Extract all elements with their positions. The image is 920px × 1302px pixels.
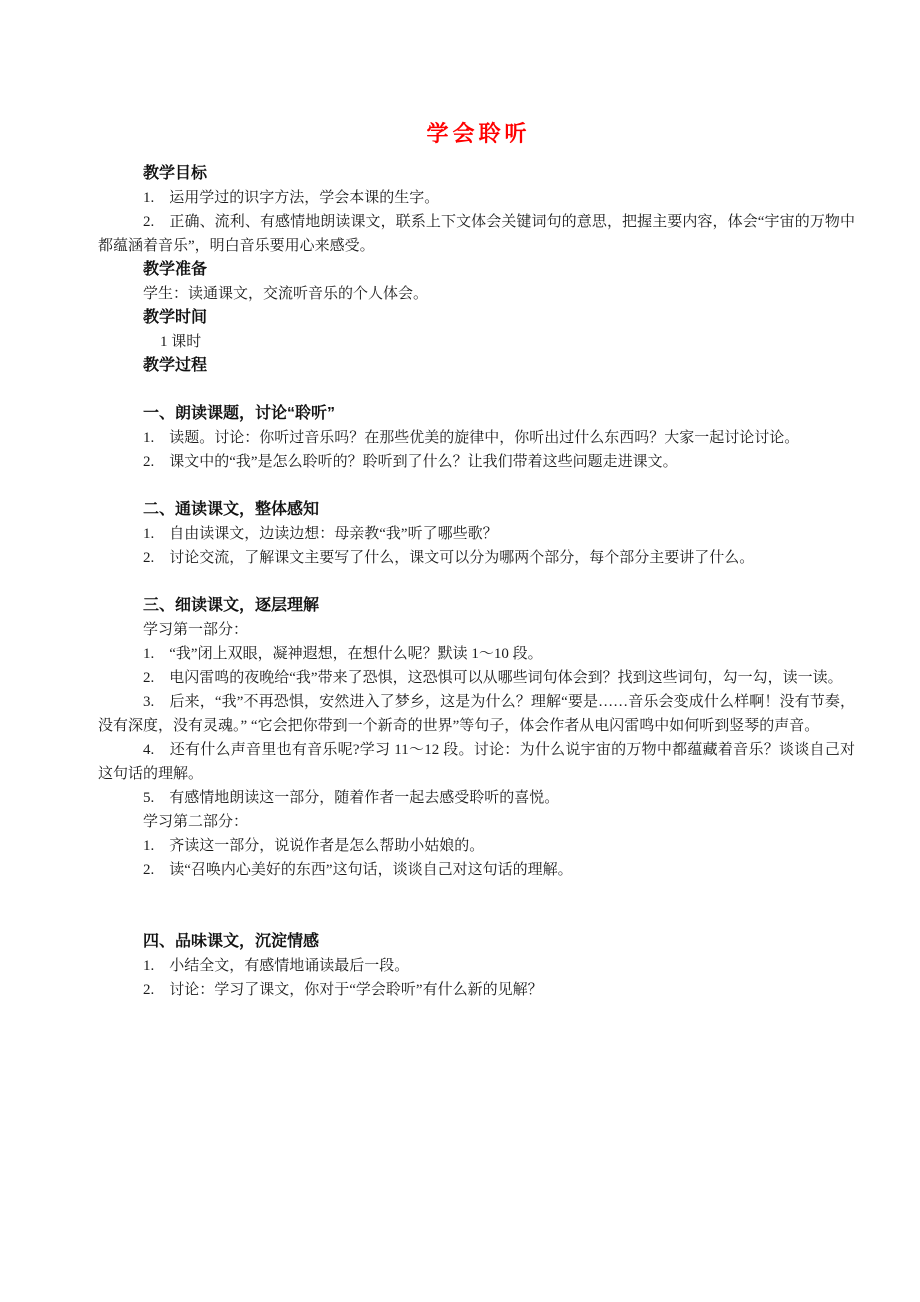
section-heading: 二、通读课文，整体感知: [98, 498, 855, 522]
document-body: 教学目标1. 运用学过的识字方法，学会本课的生字。2. 正确、流利、有感情地朗读…: [98, 162, 855, 1002]
paragraph: 1 课时: [98, 330, 855, 354]
paragraph: 1. 小结全文，有感情地诵读最后一段。: [98, 954, 855, 978]
paragraph: 1. 自由读课文，边读边想：母亲教“我”听了哪些歌？: [98, 522, 855, 546]
paragraph: 1. “我”闭上双眼，凝神遐想，在想什么呢？默读 1～10 段。: [98, 642, 855, 666]
page-title: 学会聆听: [98, 122, 855, 146]
section-heading: 教学时间: [98, 306, 855, 330]
section-heading: 三、细读课文，逐层理解: [98, 594, 855, 618]
document-page: 学会聆听 教学目标1. 运用学过的识字方法，学会本课的生字。2. 正确、流利、有…: [0, 0, 920, 1302]
section-heading: 四、品味课文，沉淀情感: [98, 930, 855, 954]
paragraph: 2. 讨论交流，了解课文主要写了什么，课文可以分为哪两个部分，每个部分主要讲了什…: [98, 546, 855, 570]
paragraph: 学习第二部分：: [98, 810, 855, 834]
document-content: 学会聆听 教学目标1. 运用学过的识字方法，学会本课的生字。2. 正确、流利、有…: [0, 0, 920, 1002]
section-heading: 教学准备: [98, 258, 855, 282]
section-heading: 教学过程: [98, 354, 855, 378]
paragraph: 1. 齐读这一部分，说说作者是怎么帮助小姑娘的。: [98, 834, 855, 858]
paragraph: 学习第一部分：: [98, 618, 855, 642]
paragraph: 2. 正确、流利、有感情地朗读课文，联系上下文体会关键词句的意思，把握主要内容，…: [98, 210, 855, 258]
paragraph: 2. 讨论：学习了课文，你对于“学会聆听”有什么新的见解？: [98, 978, 855, 1002]
paragraph: 1. 读题。讨论：你听过音乐吗？在那些优美的旋律中，你听出过什么东西吗？大家一起…: [98, 426, 855, 450]
paragraph: 学生：读通课文，交流听音乐的个人体会。: [98, 282, 855, 306]
paragraph: 2. 课文中的“我”是怎么聆听的？聆听到了什么？让我们带着这些问题走进课文。: [98, 450, 855, 474]
paragraph: 2. 读“召唤内心美好的东西”这句话，谈谈自己对这句话的理解。: [98, 858, 855, 882]
paragraph: 2. 电闪雷鸣的夜晚给“我”带来了恐惧，这恐惧可以从哪些词句体会到？找到这些词句…: [98, 666, 855, 690]
paragraph: 5. 有感情地朗读这一部分，随着作者一起去感受聆听的喜悦。: [98, 786, 855, 810]
paragraph: 4. 还有什么声音里也有音乐呢?学习 11～12 段。讨论：为什么说宇宙的万物中…: [98, 738, 855, 786]
section-heading: 一、朗读课题，讨论“聆听”: [98, 402, 855, 426]
paragraph: 1. 运用学过的识字方法，学会本课的生字。: [98, 186, 855, 210]
section-heading: 教学目标: [98, 162, 855, 186]
paragraph: 3. 后来，“我”不再恐惧，安然进入了梦乡，这是为什么？理解“要是……音乐会变成…: [98, 690, 855, 738]
